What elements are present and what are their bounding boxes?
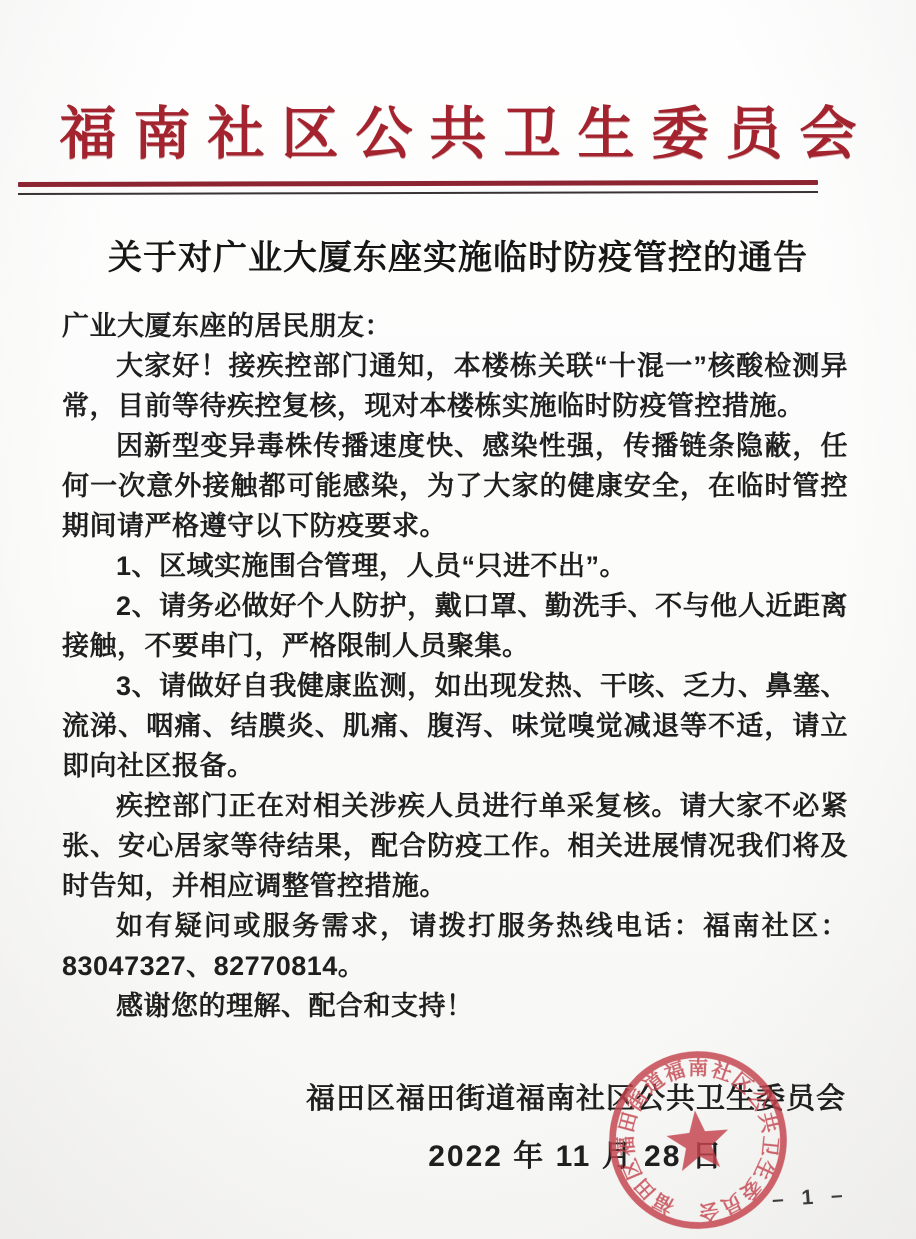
signature-block: 福田区福田街道福南社区公共卫生委员会 2022 年 11 月 28 日: [306, 1076, 846, 1175]
page-number: – 1 –: [771, 1183, 849, 1212]
body-paragraph: 3、请做好自我健康监测，如出现发热、干咳、乏力、鼻塞、流涕、咽痛、结膜炎、肌痛、…: [62, 666, 848, 786]
notice-document: 福南社区公共卫生委员会 关于对广业大厦东座实施临时防疫管控的通告 广业大厦东座的…: [0, 0, 916, 1239]
body-paragraph: 广业大厦东座的居民朋友：: [62, 306, 848, 346]
body-paragraph: 如有疑问或服务需求，请拨打服务热线电话：福南社区：83047327、827708…: [62, 906, 848, 986]
body-paragraph: 1、区域实施围合管理，人员“只进不出”。: [62, 546, 848, 586]
body-paragraph: 感谢您的理解、配合和支持！: [62, 986, 848, 1026]
body-paragraph: 大家好！接疾控部门通知，本楼栋关联“十混一”核酸检测异常，目前等待疾控复核，现对…: [62, 346, 848, 426]
signature-org: 福田区福田街道福南社区公共卫生委员会: [306, 1076, 846, 1117]
body-paragraphs: 广业大厦东座的居民朋友：大家好！接疾控部门通知，本楼栋关联“十混一”核酸检测异常…: [62, 306, 848, 1026]
signature-date: 2022 年 11 月 28 日: [306, 1131, 846, 1175]
masthead-title: 福南社区公共卫生委员会: [0, 88, 916, 170]
body-paragraph: 因新型变异毒株传播速度快、感染性强，传播链条隐蔽，任何一次意外接触都可能感染，为…: [62, 426, 848, 546]
masthead-rule-thin: [18, 191, 818, 195]
body-paragraph: 2、请务必做好个人防护，戴口罩、勤洗手、不与他人近距离接触，不要串门，严格限制人…: [62, 586, 848, 666]
masthead-rule-thick: [18, 180, 818, 187]
notice-title: 关于对广业大厦东座实施临时防疫管控的通告: [0, 230, 916, 279]
body-paragraph: 疾控部门正在对相关涉疾人员进行单采复核。请大家不必紧张、安心居家等待结果，配合防…: [62, 786, 848, 906]
